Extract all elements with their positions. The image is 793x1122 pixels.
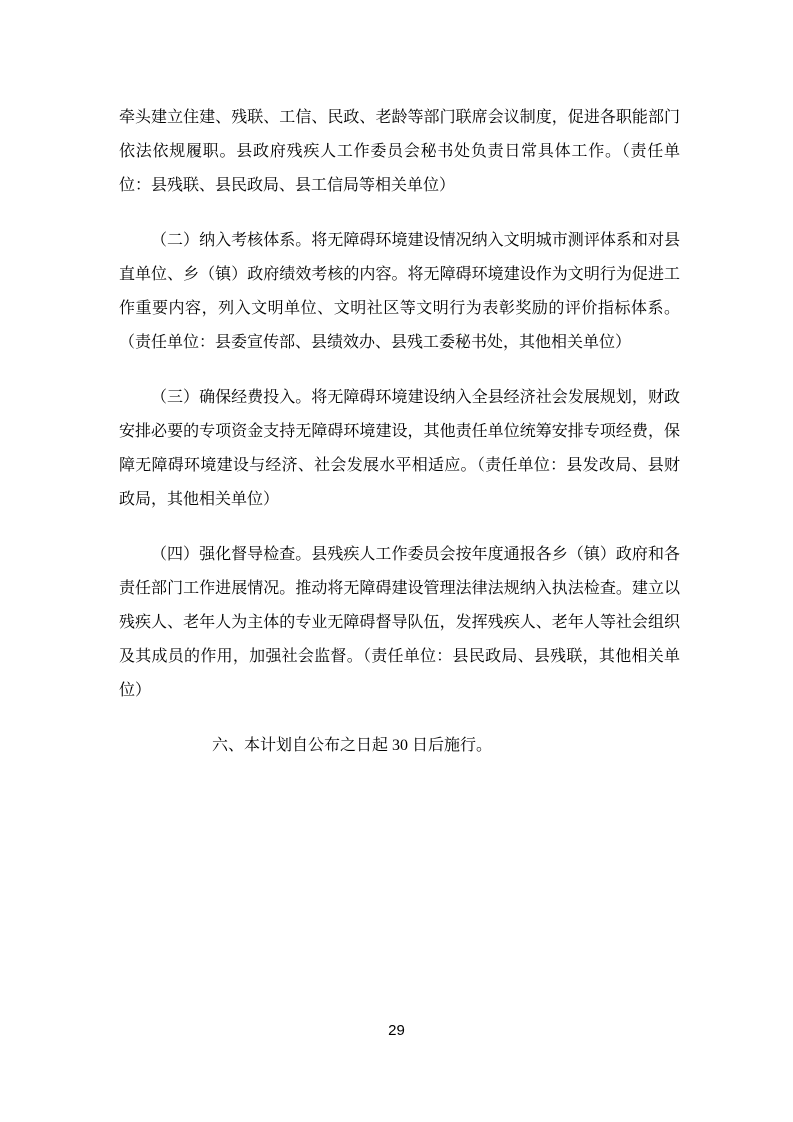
document-body: 牵头建立住建、残联、工信、民政、老龄等部门联席会议制度，促进各职能部门依法依规履… [119, 101, 680, 784]
page-number: 29 [0, 1021, 793, 1041]
paragraph-item-4: （四）强化督导检查。县残疾人工作委员会按年度通报各乡（镇）政府和各责任部门工作进… [119, 538, 680, 708]
paragraph-item-3: （三）确保经费投入。将无障碍环境建设纳入全县经济社会发展规划，财政安排必要的专项… [119, 381, 680, 517]
document-page: 牵头建立住建、残联、工信、民政、老龄等部门联席会议制度，促进各职能部门依法依规履… [0, 0, 793, 1122]
paragraph-continuation: 牵头建立住建、残联、工信、民政、老龄等部门联席会议制度，促进各职能部门依法依规履… [119, 101, 680, 203]
paragraph-item-2: （二）纳入考核体系。将无障碍环境建设情况纳入文明城市测评体系和对县直单位、乡（镇… [119, 224, 680, 360]
paragraph-section-6: 六、本计划自公布之日起 30 日后施行。 [119, 729, 680, 763]
